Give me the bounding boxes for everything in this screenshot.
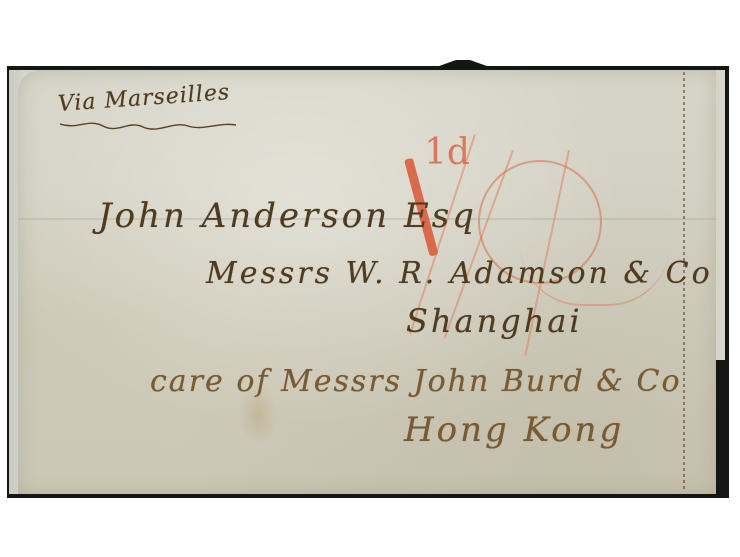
route-underline (58, 118, 238, 132)
address-destination: Hong Kong (404, 410, 624, 450)
address-firm: Messrs W. R. Adamson & Co (206, 256, 713, 291)
address-city: Shanghai (406, 302, 583, 340)
address-forwarding-agent: care of Messrs John Burd & Co (150, 364, 682, 399)
rate-mark: 1d (424, 132, 470, 173)
addressee-name: John Anderson Esq (98, 196, 477, 236)
torn-edge (428, 60, 498, 70)
